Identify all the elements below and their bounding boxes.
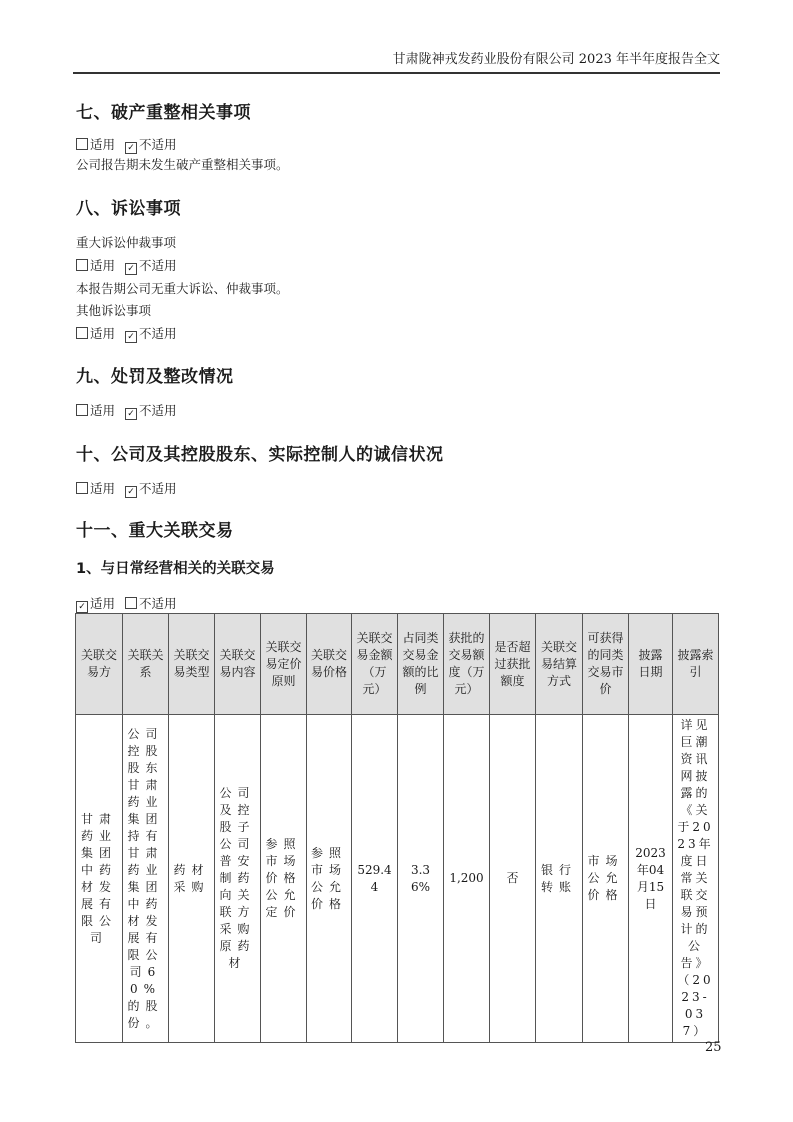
header-exceeds-limit: 是否超过获批额度 <box>490 614 536 715</box>
option-applicable[interactable]: ✓适用 <box>76 596 115 611</box>
section-7-title: 七、破产重整相关事项 <box>76 98 251 123</box>
cell-related-party: 甘肃药业集团中药材发展有限公司 <box>76 715 123 1043</box>
header-share-of-similar: 占同类交易金额的比例 <box>398 614 444 715</box>
option-applicable[interactable]: 适用 <box>76 137 115 152</box>
cell-exceeds-limit: 否 <box>490 715 536 1043</box>
cell-settlement-method: 银行转账 <box>536 715 583 1043</box>
table-header-row: 关联交易方 关联关系 关联交易类型 关联交易内容 关联交易定价原则 关联交易价格… <box>76 614 719 715</box>
running-header: 甘肃陇神戎发药业股份有限公司 2023 年半年度报告全文 <box>73 50 720 74</box>
cell-transaction-price: 参照市场公允价格 <box>307 715 352 1043</box>
cell-approved-limit: 1,200 <box>444 715 490 1043</box>
checkbox-unchecked-icon[interactable] <box>76 482 88 494</box>
option-not-applicable[interactable]: ✓不适用 <box>125 326 177 341</box>
cell-pricing-principle: 参照市场价格公允定价 <box>261 715 307 1043</box>
cell-relationship: 公司控股股东甘肃药业集团持有甘肃药业集团中药材发展有限公司60%的股份。 <box>123 715 169 1043</box>
checkbox-unchecked-icon[interactable] <box>76 138 88 150</box>
header-disclosure-date: 披露日期 <box>629 614 673 715</box>
option-not-applicable[interactable]: ✓不适用 <box>125 258 177 273</box>
checkbox-unchecked-icon[interactable] <box>125 597 137 609</box>
header-relationship: 关联关系 <box>123 614 169 715</box>
header-related-party: 关联交易方 <box>76 614 123 715</box>
header-pricing-principle: 关联交易定价原则 <box>261 614 307 715</box>
checkbox-checked-icon[interactable]: ✓ <box>125 486 137 498</box>
cell-share-of-similar: 3.36% <box>398 715 444 1043</box>
option-not-applicable[interactable]: ✓不适用 <box>125 137 177 152</box>
header-transaction-amount: 关联交易金额（万元） <box>352 614 398 715</box>
section-8-title: 八、诉讼事项 <box>76 194 181 219</box>
section-7-options: 适用 ✓不适用 <box>76 137 183 154</box>
header-transaction-type: 关联交易类型 <box>169 614 215 715</box>
section-9-title: 九、处罚及整改情况 <box>76 362 234 387</box>
section-7-note: 公司报告期未发生破产重整相关事项。 <box>76 157 289 173</box>
section-10-title: 十、公司及其控股股东、实际控制人的诚信状况 <box>76 440 444 465</box>
checkbox-checked-icon[interactable]: ✓ <box>125 142 137 154</box>
header-transaction-price: 关联交易价格 <box>307 614 352 715</box>
checkbox-unchecked-icon[interactable] <box>76 259 88 271</box>
option-not-applicable[interactable]: ✓不适用 <box>125 403 177 418</box>
option-applicable[interactable]: 适用 <box>76 403 115 418</box>
cell-transaction-content: 公司及控股子公司普安制药向关联方采购原药材 <box>215 715 261 1043</box>
page-number: 25 <box>705 1040 722 1055</box>
option-applicable[interactable]: 适用 <box>76 258 115 273</box>
option-applicable[interactable]: 适用 <box>76 326 115 341</box>
related-transactions-table: 关联交易方 关联关系 关联交易类型 关联交易内容 关联交易定价原则 关联交易价格… <box>75 613 719 1043</box>
subsection-1-options: ✓适用 不适用 <box>76 596 183 613</box>
header-settlement-method: 关联交易结算方式 <box>536 614 583 715</box>
major-litigation-note: 本报告期公司无重大诉讼、仲裁事项。 <box>76 281 289 297</box>
option-not-applicable[interactable]: 不适用 <box>125 596 177 611</box>
header-transaction-content: 关联交易内容 <box>215 614 261 715</box>
other-litigation-label: 其他诉讼事项 <box>76 303 151 319</box>
checkbox-checked-icon[interactable]: ✓ <box>125 408 137 420</box>
header-market-price: 可获得的同类交易市价 <box>583 614 629 715</box>
section-10-options: 适用 ✓不适用 <box>76 481 183 498</box>
subsection-1-title: 1、与日常经营相关的关联交易 <box>76 557 275 578</box>
section-9-options: 适用 ✓不适用 <box>76 403 183 420</box>
cell-disclosure-date: 2023年04月15日 <box>629 715 673 1043</box>
other-litigation-options: 适用 ✓不适用 <box>76 326 183 343</box>
cell-transaction-type: 药材采购 <box>169 715 215 1043</box>
major-litigation-options: 适用 ✓不适用 <box>76 258 183 275</box>
document-title: 甘肃陇神戎发药业股份有限公司 2023 年半年度报告全文 <box>393 52 720 67</box>
section-11-title: 十一、重大关联交易 <box>76 516 234 541</box>
cell-market-price: 市场公允价格 <box>583 715 629 1043</box>
checkbox-unchecked-icon[interactable] <box>76 404 88 416</box>
table-row: 甘肃药业集团中药材发展有限公司 公司控股股东甘肃药业集团持有甘肃药业集团中药材发… <box>76 715 719 1043</box>
header-disclosure-index: 披露索引 <box>673 614 719 715</box>
option-applicable[interactable]: 适用 <box>76 481 115 496</box>
header-approved-limit: 获批的交易额度（万元） <box>444 614 490 715</box>
checkbox-unchecked-icon[interactable] <box>76 327 88 339</box>
cell-transaction-amount: 529.44 <box>352 715 398 1043</box>
option-not-applicable[interactable]: ✓不适用 <box>125 481 177 496</box>
cell-disclosure-index: 详见巨潮资讯网披露的《关于2023年度日常关联交易预计的公告》（2023-037… <box>673 715 719 1043</box>
checkbox-checked-icon[interactable]: ✓ <box>125 331 137 343</box>
major-litigation-label: 重大诉讼仲裁事项 <box>76 235 176 251</box>
checkbox-checked-icon[interactable]: ✓ <box>125 263 137 275</box>
checkbox-checked-icon[interactable]: ✓ <box>76 601 88 613</box>
